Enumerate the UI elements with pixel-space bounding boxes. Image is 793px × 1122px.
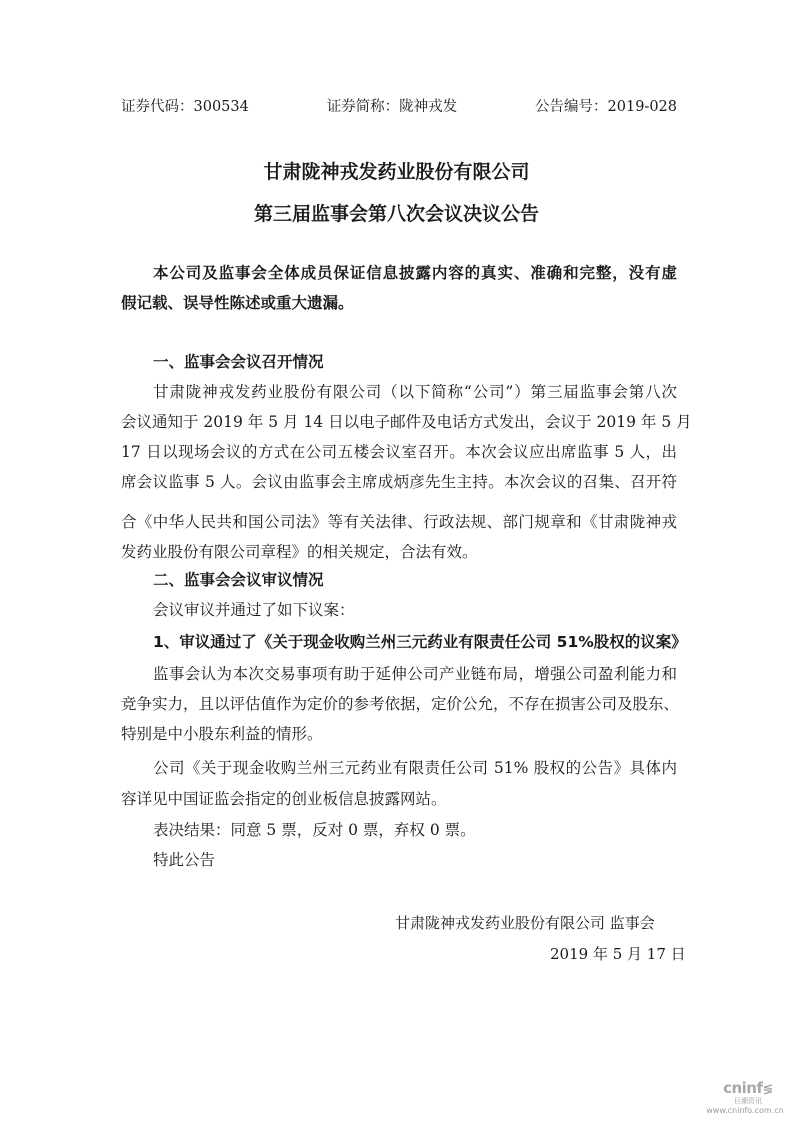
cninfo-url: www.cninfo.com.cn [702, 1106, 788, 1116]
declaration-line-1: 本公司及监事会全体成员保证信息披露内容的真实、准确和完整，没有虚 [153, 261, 677, 285]
signature-date: 2019 年 5 月 17 日 [550, 943, 686, 964]
cninfo-brand-cn: 巨潮资讯 [708, 1097, 788, 1106]
swirl-logo-icon: ≶ [763, 1082, 773, 1097]
section1-line: 甘肃陇神戎发药业股份有限公司（以下简称“公司”）第三届监事会第八次 [153, 380, 677, 404]
reference-line: 容详见中国证监会指定的创业板信息披露网站。 [121, 787, 677, 811]
cninfo-watermark: cninf≶ 巨潮资讯 www.cninfo.com.cn [708, 1079, 788, 1116]
notice-number: 公告编号：2019-028 [535, 95, 677, 117]
section2-heading: 二、监事会会议审议情况 [153, 568, 677, 592]
opinion-line: 特别是中小股东利益的情形。 [121, 722, 677, 746]
section1-line: 发药业股份有限公司章程》的相关规定，合法有效。 [121, 540, 677, 564]
declaration-line-2: 假记载、误导性陈述或重大遗漏。 [121, 291, 677, 315]
section1-line: 会议通知于 2019 年 5 月 14 日以电子邮件及电话方式发出，会议于 20… [121, 410, 677, 434]
announcement-title: 第三届监事会第八次会议决议公告 [0, 199, 793, 226]
stock-code: 证券代码：300534 [121, 95, 249, 117]
company-title: 甘肃陇神戎发药业股份有限公司 [0, 157, 793, 184]
stock-abbreviation: 证券简称：陇神戎发 [327, 95, 458, 117]
section2-intro: 会议审议并通过了如下议案： [153, 598, 677, 622]
section1-line: 席会议监事 5 人。会议由监事会主席成炳彦先生主持。本次会议的召集、召开符 [121, 470, 677, 494]
section1-line: 17 日以现场会议的方式在公司五楼会议室召开。本次会议应出席监事 5 人，出 [121, 440, 677, 464]
motion-1-title: 1、审议通过了《关于现金收购兰州三元药业有限责任公司 51%股权的议案》 [153, 630, 677, 654]
opinion-line: 竞争实力，且以评估值作为定价的参考依据，定价公允，不存在损害公司及股东、 [121, 692, 677, 716]
vote-result: 表决结果：同意 5 票，反对 0 票，弃权 0 票。 [153, 818, 677, 842]
opinion-line: 监事会认为本次交易事项有助于延伸公司产业链布局，增强公司盈利能力和 [153, 662, 677, 686]
document-header: 证券代码：300534 证券简称：陇神戎发 公告编号：2019-028 [121, 95, 677, 117]
section1-heading: 一、监事会会议召开情况 [153, 350, 677, 374]
signature-org: 甘肃陇神戎发药业股份有限公司 监事会 [395, 912, 655, 933]
cninfo-logo: cninf≶ [708, 1079, 788, 1097]
closing-text: 特此公告 [153, 848, 677, 872]
document-page: 证券代码：300534 证券简称：陇神戎发 公告编号：2019-028 甘肃陇神… [0, 0, 793, 1122]
reference-line: 公司《关于现金收购兰州三元药业有限责任公司 51% 股权的公告》具体内 [153, 756, 677, 780]
section1-line: 合《中华人民共和国公司法》等有关法律、行政法规、部门规章和《甘肃陇神戎 [121, 510, 677, 534]
